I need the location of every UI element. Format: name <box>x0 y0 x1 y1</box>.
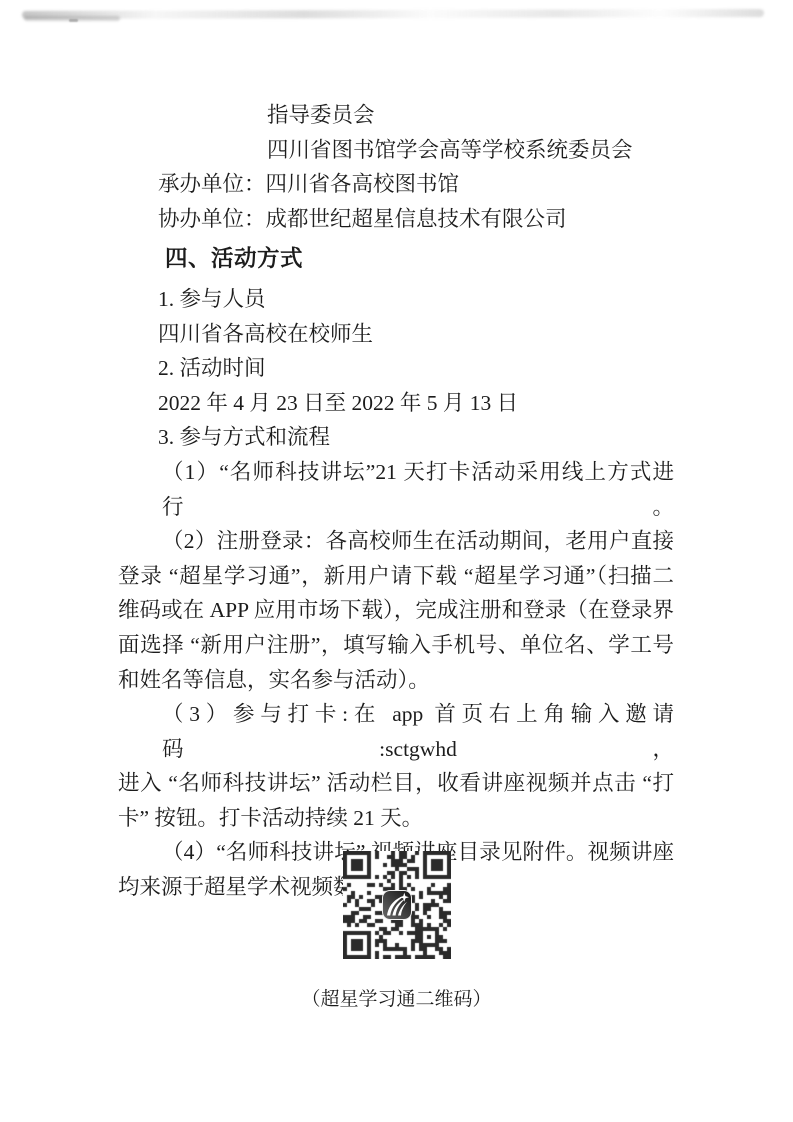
doc-line: 登录 “超星学习通”，新用户请下载 “超星学习通”（扫描二 <box>118 559 674 594</box>
doc-line: （1）“名师科技讲坛”21 天打卡活动采用线上方式进行。 <box>118 455 674 524</box>
qr-caption: （超星学习通二维码） <box>0 987 793 1013</box>
doc-line: 承办单位：四川省各高校图书馆 <box>118 167 674 202</box>
doc-line: （2）注册登录：各高校师生在活动期间，老用户直接 <box>118 524 674 559</box>
doc-line: 2. 活动时间 <box>118 351 674 386</box>
doc-line: 协办单位：成都世纪超星信息技术有限公司 <box>118 202 674 237</box>
doc-line: 指导委员会 <box>118 98 674 133</box>
doc-line: 维码或在 APP 应用市场下载），完成注册和登录（在登录界 <box>118 593 674 628</box>
chaoxing-logo-icon <box>382 890 412 920</box>
scan-smudge-top <box>22 9 764 19</box>
doc-line: 1. 参与人员 <box>118 282 674 317</box>
doc-line: 进入 “名师科技讲坛” 活动栏目，收看讲座视频并点击 “打 <box>118 766 674 801</box>
document-page: 指导委员会四川省图书馆学会高等学校系统委员会承办单位：四川省各高校图书馆协办单位… <box>0 0 793 1122</box>
doc-line: 卡” 按钮。打卡活动持续 21 天。 <box>118 801 674 836</box>
document-body: 指导委员会四川省图书馆学会高等学校系统委员会承办单位：四川省各高校图书馆协办单位… <box>118 98 674 905</box>
doc-line: 面选择 “新用户注册”，填写输入手机号、单位名、学工号 <box>118 628 674 663</box>
doc-line: （3）参与打卡:在 app 首页右上角输入邀请码:sctgwhd， <box>118 697 674 766</box>
doc-line: 和姓名等信息，实名参与活动）。 <box>118 663 674 698</box>
doc-line: 3. 参与方式和流程 <box>118 420 674 455</box>
scan-speck <box>69 19 78 22</box>
qr-code <box>343 851 451 959</box>
doc-line: 四、活动方式 <box>118 242 674 277</box>
qr-section <box>0 851 793 964</box>
doc-line: 2022 年 4 月 23 日至 2022 年 5 月 13 日 <box>118 386 674 421</box>
doc-line: 四川省图书馆学会高等学校系统委员会 <box>118 133 674 168</box>
doc-line: 四川省各高校在校师生 <box>118 317 674 352</box>
